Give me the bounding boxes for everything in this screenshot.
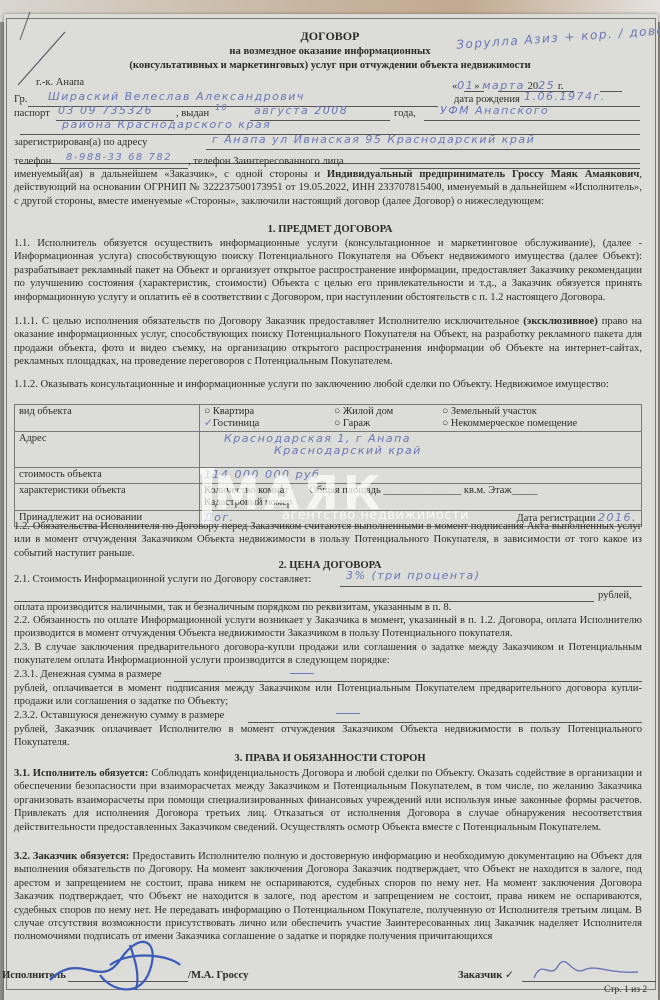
radio-icon: ○ (334, 418, 343, 429)
object-type-label: вид объекта (15, 405, 200, 432)
city-label: г.-к. Анапа (36, 76, 84, 89)
intro-paragraph: именуемый(ая) в дальнейшем «Заказчик», с… (14, 168, 642, 208)
clause-2-1-tail: оплата производится наличными, так и без… (14, 601, 451, 614)
rubles-label: рублей, (598, 589, 632, 602)
radio-icon: ○ (334, 406, 343, 417)
executor-signature[interactable] (40, 930, 190, 994)
option-apartment[interactable]: ○ Квартира (204, 406, 334, 418)
option-noncommercial[interactable]: ○ Некоммерческое помещение (442, 418, 637, 430)
service-cost-field[interactable]: 3% (три процента) (346, 569, 481, 582)
clause-1-1-1: 1.1.1. С целью исполнения обязательств п… (14, 315, 642, 369)
phone-field[interactable]: 8-988-33 68 782 (66, 152, 172, 163)
dob-field[interactable]: 1.06.1974г. (524, 90, 606, 103)
sqm-floor-label: кв.м. Этаж (464, 485, 512, 496)
clause-2-3-1-tail: рублей, оплачивается в момент подписания… (14, 682, 642, 709)
section-3-title: 3. ПРАВА И ОБЯЗАННОСТИ СТОРОН (0, 752, 660, 765)
row-object-type: вид объекта ○ Квартира ○ Жилой дом ○ Зем… (15, 405, 642, 432)
section-1-title: 1. ПРЕДМЕТ ДОГОВОРА (0, 223, 660, 236)
section-2-title: 2. ЦЕНА ДОГОВОРА (0, 559, 660, 572)
clause-1-1: 1.1. Исполнитель обязуется осуществить и… (14, 237, 642, 304)
clause-1-2: 1.2. Обязательства Исполнителя по Догово… (14, 520, 642, 560)
clause-2-1-label: 2.1. Стоимость Информационной услуги по … (14, 573, 311, 586)
clause-1-1-2: 1.1.2. Оказывать консультационные и инфо… (14, 378, 642, 391)
client-name-field[interactable]: Шираский Велеслав Александрович (48, 90, 305, 103)
clause-2-3-1-label: 2.3.1. Денежная сумма в размере (14, 668, 162, 681)
object-address-field-2[interactable]: Краснодарский край (204, 445, 637, 457)
address-field[interactable]: г Анапа ул Ивнаская 95 Краснодарский кра… (212, 133, 535, 146)
interested-phone-label: , телефон Заинтересованного лица (188, 155, 344, 168)
clause-2-3-2-label: 2.3.2. Оставшуюся денежную сумму в разме… (14, 709, 224, 722)
executor-name: /М.А. Гроссу (188, 969, 248, 982)
option-land[interactable]: ○ Земельный участок (442, 406, 637, 418)
clause-2-2: 2.2. Обязанность по оплате Информационно… (14, 614, 642, 641)
passport-field[interactable]: 03 09 735326 (58, 104, 153, 117)
document-subtitle: на возмездное оказание информационных (0, 45, 660, 58)
year-label: года, (394, 107, 416, 120)
client-name-label: Гр. (14, 93, 27, 106)
issued-by-field[interactable]: УФМ Анапского (440, 104, 549, 117)
radio-icon: ○ (204, 406, 213, 417)
lighthouse-icon (196, 466, 218, 526)
issued-date-field[interactable]: августа 2008 (254, 104, 348, 117)
radio-icon: ○ (442, 406, 451, 417)
page-number: Стр. 1 из 2 (604, 984, 647, 997)
clause-2-3: 2.3. В случае заключения предварительног… (14, 641, 642, 668)
clause-3-1: 3.1. Исполнитель обязуется: Соблюдать ко… (14, 767, 642, 834)
object-characteristics-label: характеристики объекта (15, 484, 200, 511)
radio-icon: ○ (442, 418, 451, 429)
phone-label: телефон (14, 155, 51, 168)
row-address: Адрес Краснодарская 1, г АнапаКраснодарс… (15, 432, 642, 468)
address-label: зарегистрирован(а) по адресу (14, 136, 147, 149)
issued-day-field[interactable]: 10 (215, 103, 228, 112)
passport-label: паспорт (14, 107, 50, 120)
object-price-label: стоимость объекта (15, 468, 200, 484)
customer-label: Заказчик ✓ (458, 969, 514, 982)
checkmark-icon: ✓ (505, 970, 514, 981)
object-address-label: Адрес (15, 432, 200, 468)
issued-by-field-2[interactable]: района Краснодарского края (62, 118, 271, 131)
customer-signature[interactable] (528, 956, 648, 986)
option-hotel[interactable]: ✓Гостиница (204, 418, 334, 430)
document-subtitle-2: (консультативных и маркетинговых) услуг … (0, 59, 660, 72)
checkmark-icon: ✓ (204, 418, 213, 429)
option-garage[interactable]: ○ Гараж (334, 418, 442, 430)
clause-2-3-2-tail: рублей, Заказчик оплачивает Исполнителю … (14, 723, 642, 750)
option-house[interactable]: ○ Жилой дом (334, 406, 442, 418)
